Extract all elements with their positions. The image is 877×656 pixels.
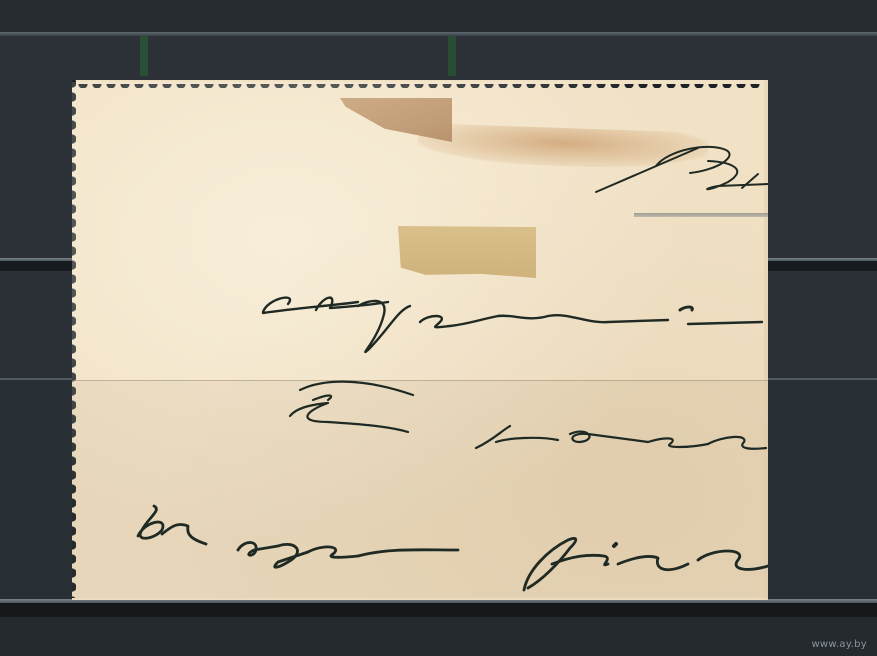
stockbook-background-top <box>0 0 877 32</box>
watermark: www.ay.by <box>811 639 867 650</box>
stockbook-background-bottom <box>0 617 877 656</box>
handwriting-line-1 <box>596 147 768 192</box>
handwriting-line-3 <box>290 382 766 449</box>
handwriting-line-4 <box>138 506 768 590</box>
handwritten-script <box>58 70 768 600</box>
stockbook-strip-shadow <box>0 603 877 617</box>
stamp-reverse: Bz Muy esti En posse de ager piv <box>58 70 768 600</box>
handwriting-line-2 <box>263 298 762 352</box>
